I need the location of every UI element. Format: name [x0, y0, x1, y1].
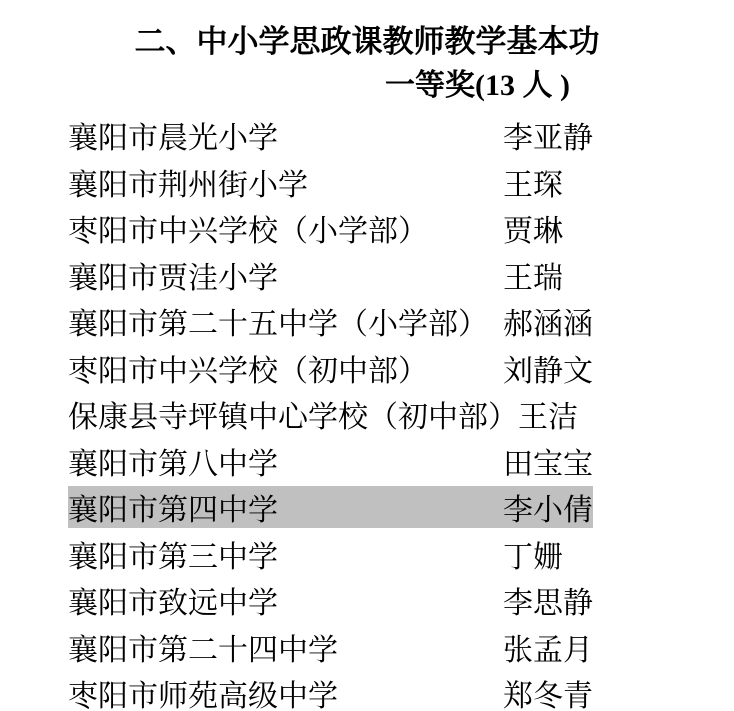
winner-name-cell: 李亚静 [503, 113, 593, 157]
table-row: 襄阳市第二十五中学（小学部） 郝涵涵 [68, 298, 734, 345]
winner-name-cell: 刘静文 [503, 346, 593, 390]
school-cell: 枣阳市中兴学校（初中部） [68, 346, 503, 390]
winner-name-cell: 王琛 [503, 160, 563, 204]
winner-name-cell: 王洁 [518, 392, 578, 436]
winner-name-cell: 贾琳 [503, 206, 563, 250]
winner-name-cell: 李小倩 [503, 485, 593, 529]
school-cell: 襄阳市第二十五中学（小学部） [68, 299, 503, 343]
winner-name-cell: 郑冬青 [503, 671, 593, 711]
table-row: 枣阳市师苑高级中学 郑冬青 [68, 670, 734, 711]
table-row: 襄阳市晨光小学 李亚静 [68, 112, 734, 159]
winner-name-cell: 郝涵涵 [503, 299, 593, 343]
winner-name-cell: 王瑞 [503, 253, 563, 297]
table-row: 枣阳市中兴学校（小学部） 贾琳 [68, 205, 734, 252]
school-cell: 襄阳市第八中学 [68, 439, 503, 483]
selection-highlight: 襄阳市第四中学 李小倩 [68, 486, 593, 528]
table-row: 枣阳市中兴学校（初中部） 刘静文 [68, 345, 734, 392]
winner-name-cell: 李思静 [503, 578, 593, 622]
school-cell: 枣阳市中兴学校（小学部） [68, 206, 503, 250]
prize-subtitle: 一等奖(13 人 ) [385, 68, 734, 104]
table-row: 襄阳市第八中学 田宝宝 [68, 438, 734, 485]
award-list: 襄阳市晨光小学 李亚静 襄阳市荆州街小学 王琛 枣阳市中兴学校（小学部） 贾琳 … [0, 112, 734, 711]
school-cell: 襄阳市贾洼小学 [68, 253, 503, 297]
table-row: 保康县寺坪镇中心学校（初中部） 王洁 [68, 391, 734, 438]
school-cell: 襄阳市荆州街小学 [68, 160, 503, 204]
school-cell: 襄阳市第二十四中学 [68, 625, 503, 669]
table-row: 襄阳市第三中学 丁姗 [68, 531, 734, 578]
school-cell: 枣阳市师苑高级中学 [68, 671, 503, 711]
winner-name-cell: 丁姗 [503, 532, 563, 576]
table-row: 襄阳市荆州街小学 王琛 [68, 159, 734, 206]
winner-name-cell: 田宝宝 [503, 439, 593, 483]
school-cell: 襄阳市第四中学 [68, 485, 503, 529]
school-cell: 襄阳市晨光小学 [68, 113, 503, 157]
school-cell: 襄阳市致远中学 [68, 578, 503, 622]
highlighted-row: 襄阳市第四中学 李小倩 [68, 484, 734, 531]
page-title: 二、中小学思政课教师教学基本功 [0, 0, 734, 60]
school-cell: 保康县寺坪镇中心学校（初中部） [68, 392, 518, 436]
school-cell: 襄阳市第三中学 [68, 532, 503, 576]
document-page: 二、中小学思政课教师教学基本功 一等奖(13 人 ) 襄阳市晨光小学 李亚静 襄… [0, 0, 734, 711]
table-row: 襄阳市贾洼小学 王瑞 [68, 252, 734, 299]
winner-name-cell: 张孟月 [503, 625, 593, 669]
table-row: 襄阳市第二十四中学 张孟月 [68, 624, 734, 671]
table-row: 襄阳市致远中学 李思静 [68, 577, 734, 624]
